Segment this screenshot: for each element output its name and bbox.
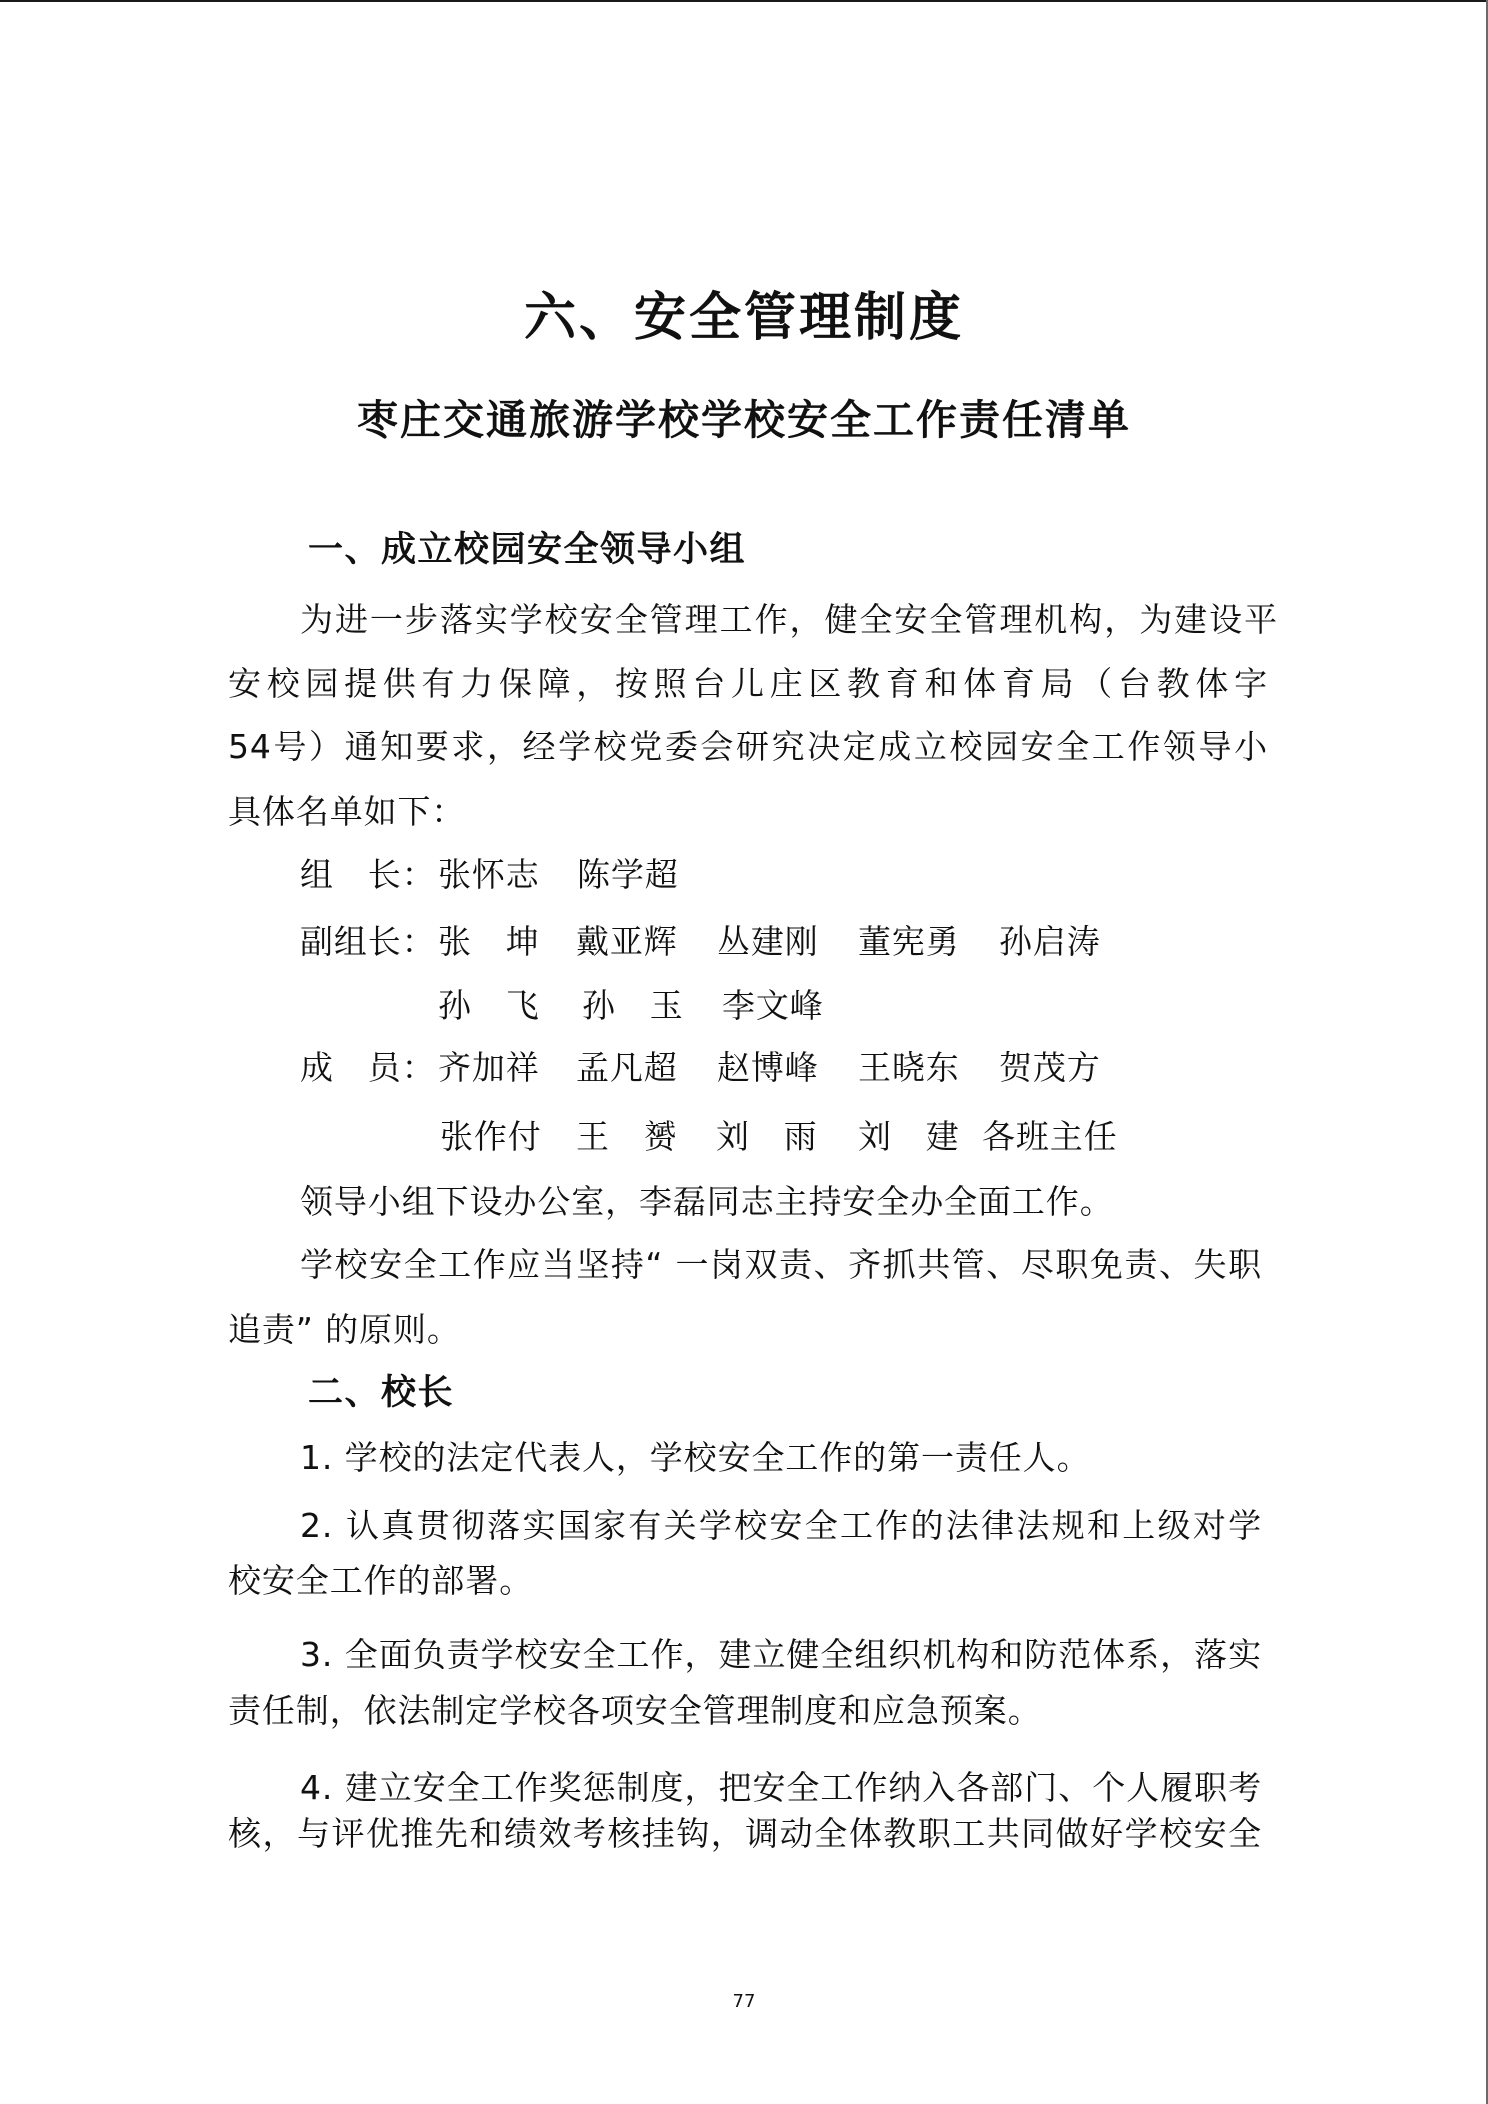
item-2-line: 2. 认真贯彻落实国家有关学校安全工作的法律法规和上级对学	[300, 1504, 1262, 1548]
item-3-line: 责任制，依法制定学校各项安全管理制度和应急预案。	[228, 1689, 1042, 1733]
name-cell: 张 坤	[438, 920, 540, 964]
office-line: 领导小组下设办公室，李磊同志主持安全办全面工作。	[300, 1180, 1114, 1224]
item-2-line: 校安全工作的部署。	[228, 1559, 533, 1603]
name-cell: 张作付	[440, 1115, 542, 1159]
leaders-row: 组 长： 张怀志 陈学超	[0, 853, 1488, 897]
page-title: 六、安全管理制度	[0, 286, 1488, 350]
item-4-line: 核，与评优推先和绩效考核挂钩，调动全体教职工共同做好学校安全	[228, 1812, 1262, 1856]
name-cell: 董宪勇	[858, 920, 960, 964]
name-cell: 齐加祥	[438, 1046, 540, 1090]
name-cell: 王晓东	[858, 1046, 960, 1090]
deputies-row: 副组长： 张 坤 戴亚辉 丛建刚 董宪勇 孙启涛	[0, 920, 1488, 964]
principle-line: 学校安全工作应当坚持“ 一岗双责、齐抓共管、尽职免责、失职	[300, 1243, 1262, 1287]
paragraph-line: 具体名单如下：	[228, 790, 465, 834]
name-cell: 李文峰	[722, 984, 824, 1028]
name-cell: 各班主任	[982, 1115, 1118, 1159]
name-cell: 孙 飞	[438, 984, 540, 1028]
name-cell: 孟凡超	[576, 1046, 678, 1090]
name-cell: 王 赟	[576, 1115, 678, 1159]
paragraph-line: 54号）通知要求，经学校党委会研究决定成立校园安全工作领导小组，	[228, 725, 1268, 769]
item-4-line: 4. 建立安全工作奖惩制度，把安全工作纳入各部门、个人履职考	[300, 1766, 1262, 1810]
item-1-line: 1. 学校的法定代表人，学校安全工作的第一责任人。	[300, 1436, 1090, 1480]
deputies-label: 副组长：	[300, 920, 436, 964]
members-label: 成 员：	[300, 1046, 436, 1090]
paragraph-line: 安校园提供有力保障，按照台儿庄区教育和体育局（台教体字【2021】	[228, 662, 1268, 706]
page-number: 77	[0, 1990, 1488, 2014]
name-cell: 刘 建	[858, 1115, 960, 1159]
deputies-row-2: 孙 飞 孙 玉 李文峰	[0, 984, 1488, 1028]
section-heading-1: 一、成立校园安全领导小组	[308, 527, 746, 573]
members-row: 成 员： 齐加祥 孟凡超 赵博峰 王晓东 贺茂方	[0, 1046, 1488, 1090]
name-cell: 戴亚辉	[576, 920, 678, 964]
principle-line: 追责” 的原则。	[228, 1308, 461, 1352]
item-3-line: 3. 全面负责学校安全工作，建立健全组织机构和防范体系，落实	[300, 1633, 1262, 1677]
name-cell: 张怀志	[438, 853, 540, 897]
name-cell: 贺茂方	[999, 1046, 1101, 1090]
document-subtitle: 枣庄交通旅游学校学校安全工作责任清单	[0, 395, 1488, 445]
name-cell: 丛建刚	[717, 920, 819, 964]
page-top-border	[0, 0, 1488, 2]
name-cell: 孙 玉	[582, 984, 684, 1028]
leaders-label: 组 长：	[300, 853, 436, 897]
paragraph-line: 为进一步落实学校安全管理工作，健全安全管理机构，为建设平	[300, 598, 1278, 642]
name-cell: 孙启涛	[999, 920, 1101, 964]
members-row-2: 张作付 王 赟 刘 雨 刘 建 各班主任	[0, 1115, 1488, 1159]
name-cell: 刘 雨	[716, 1115, 818, 1159]
name-cell: 赵博峰	[717, 1046, 819, 1090]
name-cell: 陈学超	[577, 853, 679, 897]
section-heading-2: 二、校长	[308, 1370, 454, 1416]
